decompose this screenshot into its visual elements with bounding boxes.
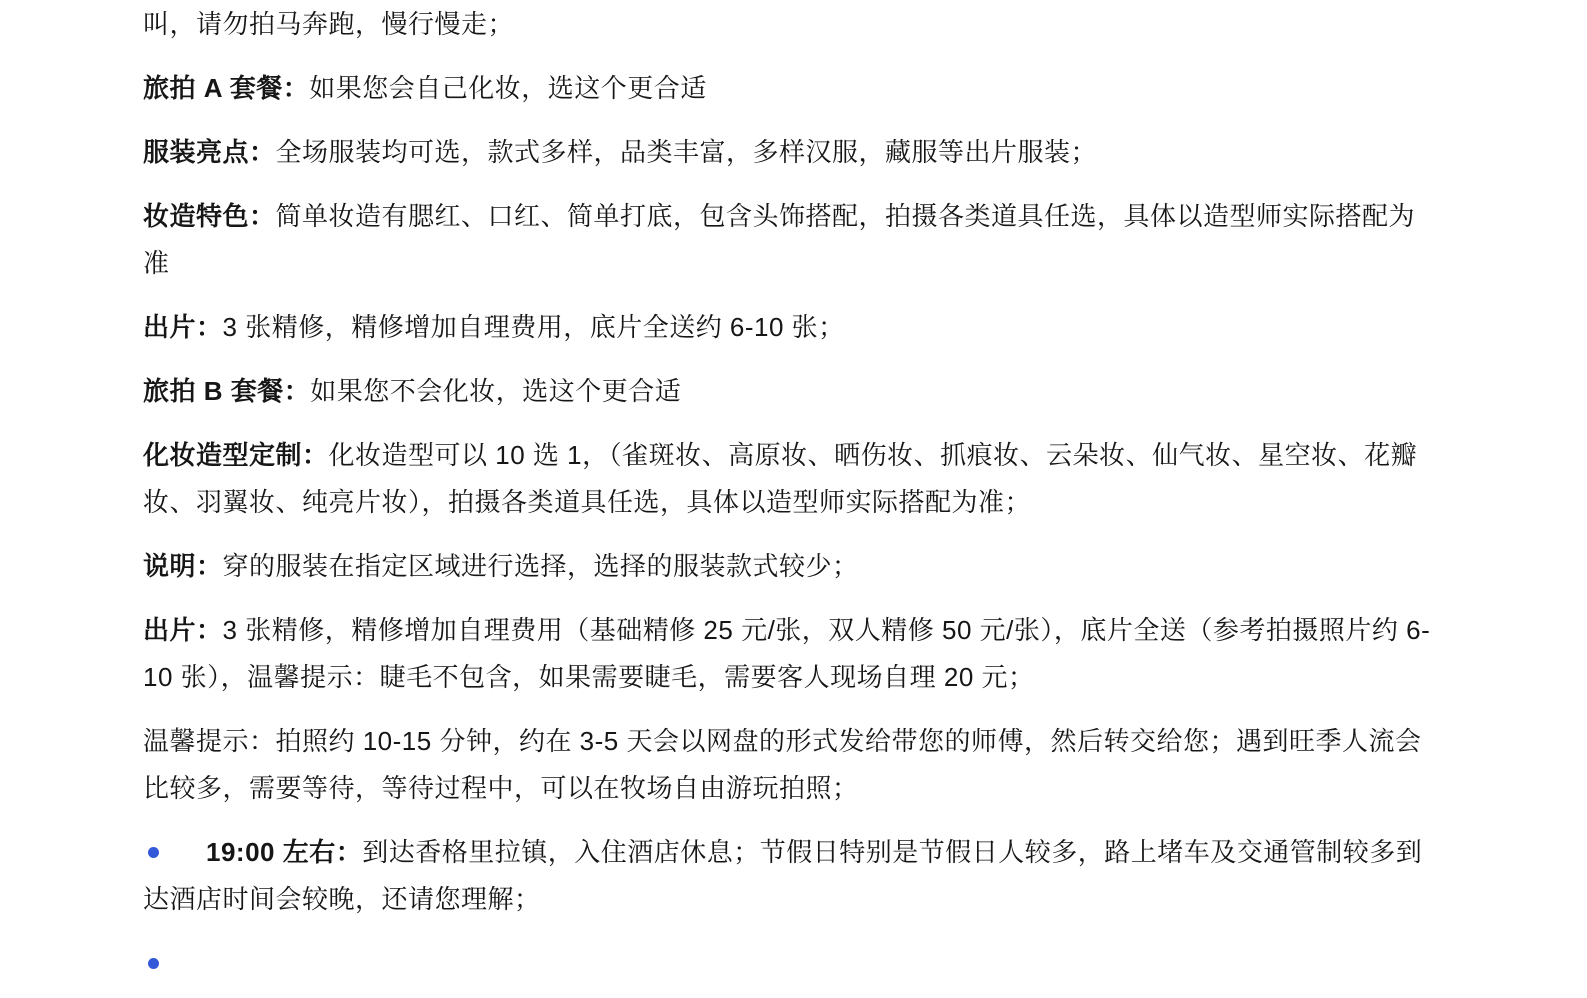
paragraph-package-b-title: 旅拍 B 套餐：如果您不会化妆，选这个更合适	[143, 368, 1435, 415]
paragraph-text: 温馨提示：拍照约 10-15 分钟，约在 3-5 天会以网盘的形式发给带您的师傅…	[143, 726, 1421, 803]
paragraph-photos-package-b: 出片：3 张精修，精修增加自理费用（基础精修 25 元/张，双人精修 50 元/…	[143, 607, 1435, 701]
paragraph-clothing-highlights: 服装亮点：全场服装均可选，款式多样，品类丰富，多样汉服，藏服等出片服装；	[143, 129, 1435, 176]
bullet-item-1900-arrival: 19:00 左右：到达香格里拉镇，入住酒店休息；节假日特别是节假日人较多，路上堵…	[143, 829, 1435, 923]
paragraph-text: 如果您会自己化妆，选这个更合适	[309, 73, 707, 103]
paragraph-makeup-features: 妆造特色：简单妆造有腮红、口红、简单打底，包含头饰搭配，拍摄各类道具任选，具体以…	[143, 193, 1435, 287]
paragraph-horse-warning-tail: 叫，请勿拍马奔跑，慢行慢走；	[143, 1, 1435, 48]
paragraph-label: 服装亮点：	[143, 137, 276, 167]
document-body: 叫，请勿拍马奔跑，慢行慢走； 旅拍 A 套餐：如果您会自己化妆，选这个更合适 服…	[0, 0, 1587, 987]
paragraph-text: 3 张精修，精修增加自理费用，底片全送约 6-10 张；	[223, 312, 845, 342]
paragraph-makeup-custom: 化妆造型定制：化妆造型可以 10 选 1，（雀斑妆、高原妆、晒伤妆、抓痕妆、云朵…	[143, 432, 1435, 526]
paragraph-warm-reminder: 温馨提示：拍照约 10-15 分钟，约在 3-5 天会以网盘的形式发给带您的师傅…	[143, 718, 1435, 812]
bullet-icon	[148, 847, 159, 858]
paragraph-text: 叫，请勿拍马奔跑，慢行慢走；	[143, 9, 514, 39]
paragraph-text: 全场服装均可选，款式多样，品类丰富，多样汉服，藏服等出片服装；	[276, 137, 1098, 167]
bullet-item-empty	[143, 940, 1435, 987]
paragraph-label: 化妆造型定制：	[143, 440, 329, 470]
bullet-icon	[148, 958, 159, 969]
paragraph-label: 妆造特色：	[143, 201, 276, 231]
paragraph-text: 3 张精修，精修增加自理费用（基础精修 25 元/张，双人精修 50 元/张），…	[143, 615, 1430, 692]
paragraph-label: 出片：	[143, 615, 223, 645]
paragraph-text: 化妆造型可以 10 选 1，（雀斑妆、高原妆、晒伤妆、抓痕妆、云朵妆、仙气妆、星…	[143, 440, 1417, 517]
paragraph-label: 旅拍 B 套餐：	[143, 376, 310, 406]
paragraph-package-a-title: 旅拍 A 套餐：如果您会自己化妆，选这个更合适	[143, 65, 1435, 112]
paragraph-label: 说明：	[143, 551, 223, 581]
paragraph-clothing-note: 说明：穿的服装在指定区域进行选择，选择的服装款式较少；	[143, 543, 1435, 590]
paragraph-text: 如果您不会化妆，选这个更合适	[310, 376, 681, 406]
paragraph-label: 出片：	[143, 312, 223, 342]
paragraph-text: 穿的服装在指定区域进行选择，选择的服装款式较少；	[223, 551, 859, 581]
bullet-item-label: 19:00 左右：	[206, 837, 362, 867]
paragraph-label: 旅拍 A 套餐：	[143, 73, 309, 103]
paragraph-text: 简单妆造有腮红、口红、简单打底，包含头饰搭配，拍摄各类道具任选，具体以造型师实际…	[143, 201, 1415, 278]
paragraph-photos-package-a: 出片：3 张精修，精修增加自理费用，底片全送约 6-10 张；	[143, 304, 1435, 351]
